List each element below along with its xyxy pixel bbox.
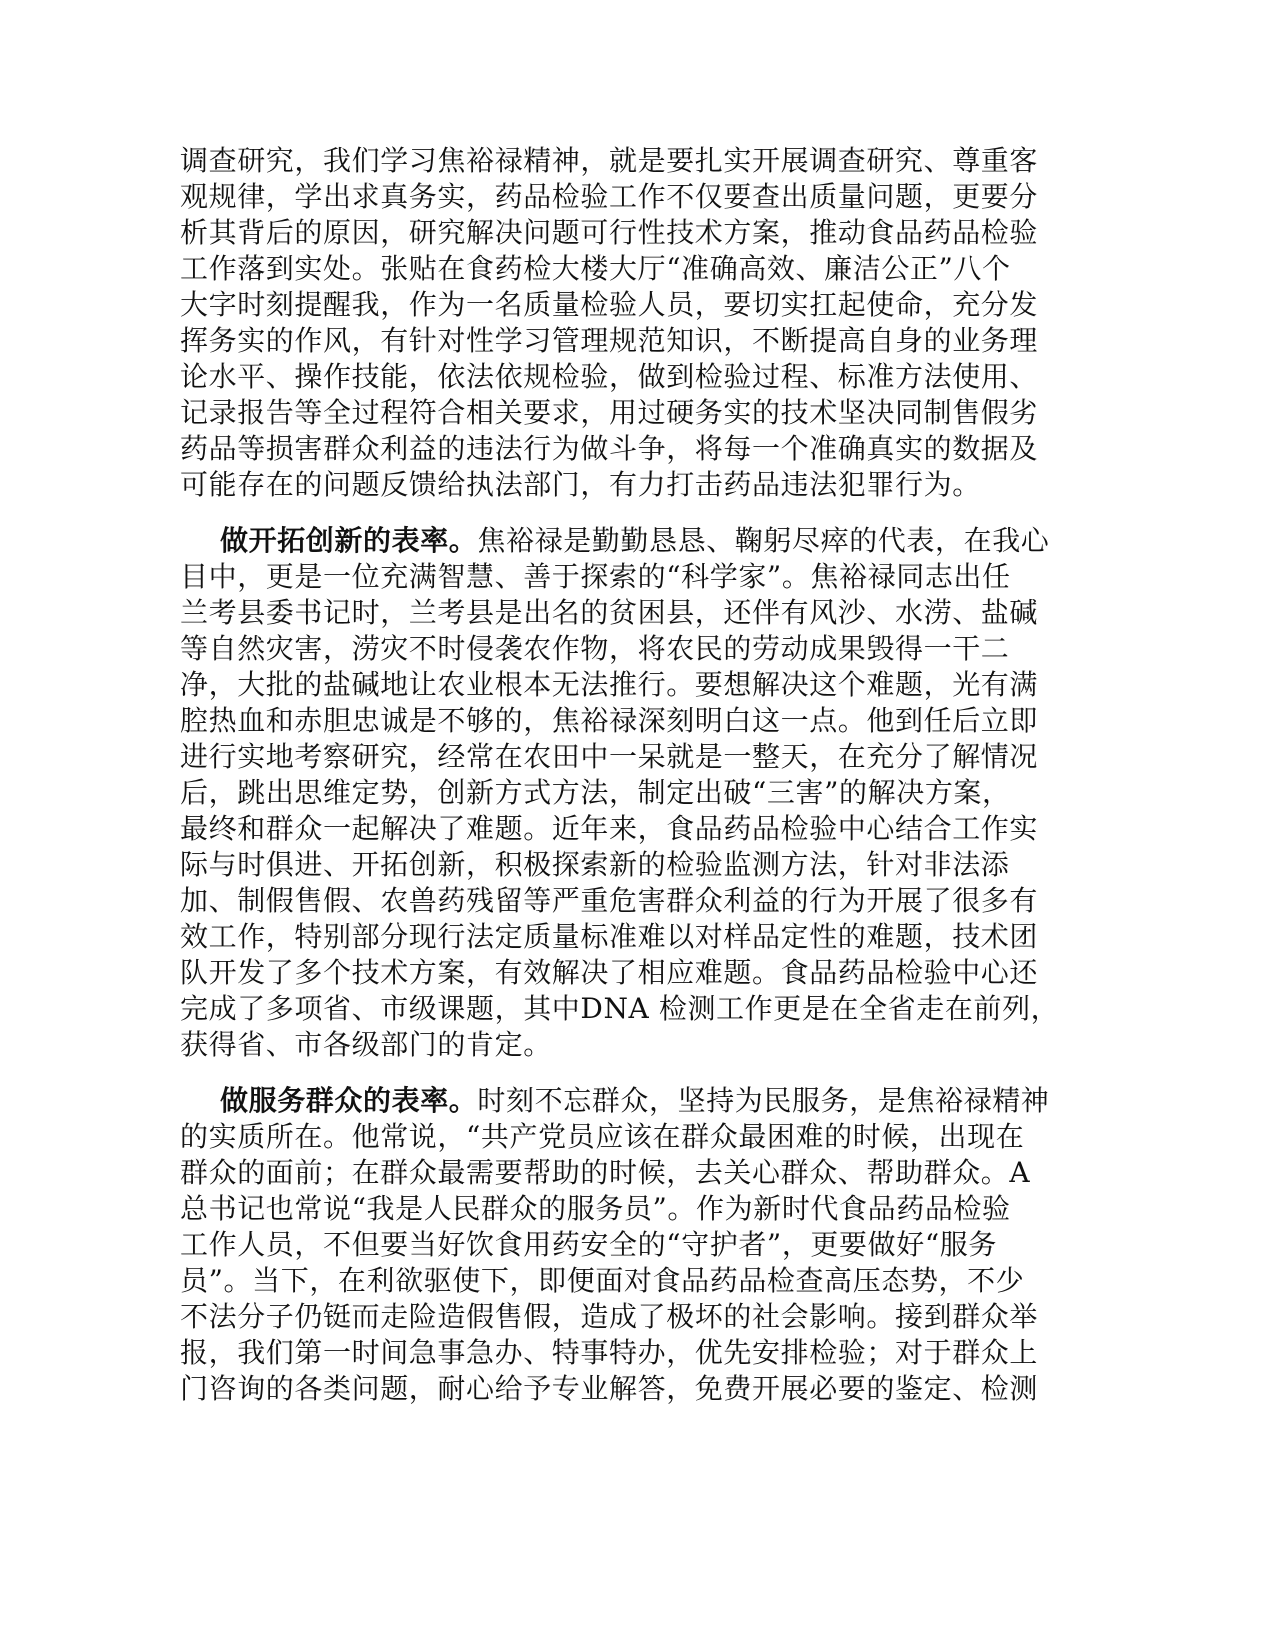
text-line: 记录报告等全过程符合相关要求，用过硬务实的技术坚决同制售假劣: [180, 395, 1040, 431]
text-line: 腔热血和赤胆忠诚是不够的，焦裕禄深刻明白这一点。他到任后立即: [180, 703, 1040, 739]
text-line: 完成了多项省、市级课题，其中DNA 检测工作更是在全省走在前列，: [180, 991, 1040, 1027]
paragraph-service: 做服务群众的表率。时刻不忘群众，坚持为民服务，是焦裕禄精神 的实质所在。他常说，…: [180, 1083, 1040, 1407]
paragraph-first-line: 做开拓创新的表率。焦裕禄是勤勤恳恳、鞠躬尽瘁的代表，在我心: [180, 523, 1040, 559]
text-line: 加、制假售假、农兽药残留等严重危害群众利益的行为开展了很多有: [180, 883, 1040, 919]
text-line: 论水平、操作技能，依法依规检验，做到检验过程、标准方法使用、: [180, 359, 1040, 395]
paragraph-innovation: 做开拓创新的表率。焦裕禄是勤勤恳恳、鞠躬尽瘁的代表，在我心 目中，更是一位充满智…: [180, 523, 1040, 1063]
text-line: 挥务实的作风，有针对性学习管理规范知识，不断提高自身的业务理: [180, 323, 1040, 359]
text-run: 时刻不忘群众，坚持为民服务，是焦裕禄精神: [477, 1084, 1049, 1117]
text-line: 效工作，特别部分现行法定质量标准难以对样品定性的难题，技术团: [180, 919, 1040, 955]
text-line: 群众的面前；在群众最需要帮助的时候，去关心群众、帮助群众。A: [180, 1155, 1040, 1191]
text-line: 进行实地考察研究，经常在农田中一呆就是一整天，在充分了解情况: [180, 739, 1040, 775]
text-line: 最终和群众一起解决了难题。近年来，食品药品检验中心结合工作实: [180, 811, 1040, 847]
text-line: 调查研究，我们学习焦裕禄精神，就是要扎实开展调查研究、尊重客: [180, 143, 1040, 179]
text-line: 获得省、市各级部门的肯定。: [180, 1027, 1040, 1063]
text-line: 工作人员，不但要当好饮食用药安全的“守护者”，更要做好“服务: [180, 1227, 1040, 1263]
text-line: 等自然灾害，涝灾不时侵袭农作物，将农民的劳动成果毁得一干二: [180, 631, 1040, 667]
text-line: 观规律，学出求真务实，药品检验工作不仅要查出质量问题，更要分: [180, 179, 1040, 215]
text-line: 门咨询的各类问题，耐心给予专业解答，免费开展必要的鉴定、检测: [180, 1371, 1040, 1407]
text-line: 总书记也常说“我是人民群众的服务员”。作为新时代食品药品检验: [180, 1191, 1040, 1227]
text-line: 大字时刻提醒我，作为一名质量检验人员，要切实扛起使命，充分发: [180, 287, 1040, 323]
text-line: 工作落到实处。张贴在食药检大楼大厅“准确高效、廉洁公正”八个: [180, 251, 1040, 287]
text-line: 际与时俱进、开拓创新，积极探索新的检验监测方法，针对非法添: [180, 847, 1040, 883]
text-line: 析其背后的原因，研究解决问题可行性技术方案，推动食品药品检验: [180, 215, 1040, 251]
text-line: 后，跳出思维定势，创新方式方法，制定出破“三害”的解决方案，: [180, 775, 1040, 811]
text-line: 净，大批的盐碱地让农业根本无法推行。要想解决这个难题，光有满: [180, 667, 1040, 703]
text-line: 报，我们第一时间急事急办、特事特办，优先安排检验；对于群众上: [180, 1335, 1040, 1371]
section-heading: 做服务群众的表率。: [220, 1084, 477, 1117]
section-heading: 做开拓创新的表率。: [220, 524, 477, 557]
document-page: 调查研究，我们学习焦裕禄精神，就是要扎实开展调查研究、尊重客 观规律，学出求真务…: [180, 143, 1040, 1427]
text-line: 兰考县委书记时，兰考县是出名的贫困县，还伴有风沙、水涝、盐碱: [180, 595, 1040, 631]
text-line: 队开发了多个技术方案，有效解决了相应难题。食品药品检验中心还: [180, 955, 1040, 991]
text-line: 不法分子仍铤而走险造假售假，造成了极坏的社会影响。接到群众举: [180, 1299, 1040, 1335]
paragraph-investigation: 调查研究，我们学习焦裕禄精神，就是要扎实开展调查研究、尊重客 观规律，学出求真务…: [180, 143, 1040, 503]
text-line: 药品等损害群众利益的违法行为做斗争，将每一个准确真实的数据及: [180, 431, 1040, 467]
text-line: 可能存在的问题反馈给执法部门，有力打击药品违法犯罪行为。: [180, 467, 1040, 503]
paragraph-first-line: 做服务群众的表率。时刻不忘群众，坚持为民服务，是焦裕禄精神: [180, 1083, 1040, 1119]
text-line: 目中，更是一位充满智慧、善于探索的“科学家”。焦裕禄同志出任: [180, 559, 1040, 595]
text-line: 的实质所在。他常说，“共产党员应该在群众最困难的时候，出现在: [180, 1119, 1040, 1155]
text-line: 员”。当下，在利欲驱使下，即便面对食品药品检查高压态势，不少: [180, 1263, 1040, 1299]
text-run: 焦裕禄是勤勤恳恳、鞠躬尽瘁的代表，在我心: [477, 524, 1049, 557]
